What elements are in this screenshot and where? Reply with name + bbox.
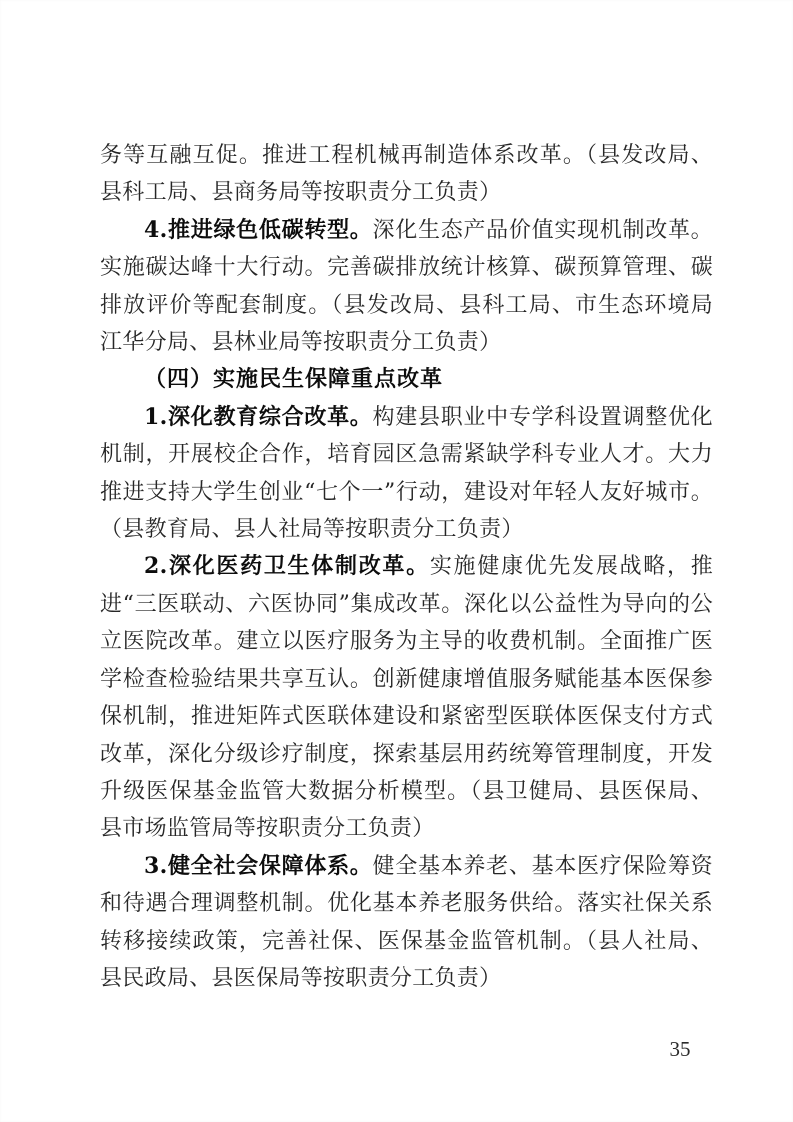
section-heading-text: （四）实施民生保障重点改革 — [144, 366, 443, 392]
paragraph-lead: 2.深化医药卫生体制改革。 — [144, 553, 430, 579]
paragraph-2-healthcare-reform: 2.深化医药卫生体制改革。实施健康优先发展战略，推进“三医联动、六医协同”集成改… — [100, 548, 713, 847]
paragraph-3-social-security: 3.健全社会保障体系。健全基本养老、基本医疗保险筹资和待遇合理调整机制。优化基本… — [100, 848, 713, 998]
paragraph-lead: 4.推进绿色低碳转型。 — [144, 217, 373, 243]
paragraph-1-education-reform: 1.深化教育综合改革。构建县职业中专学科设置调整优化机制，开展校企合作，培育园区… — [100, 399, 713, 549]
section-heading-4-livelihood-security: （四）实施民生保障重点改革 — [100, 361, 713, 398]
page-number: 35 — [662, 1037, 698, 1062]
paragraph-text: 务等互融互促。推进工程机械再制造体系改革。（县发改局、县科工局、县商务局等按职责… — [100, 143, 713, 205]
document-body: 务等互融互促。推进工程机械再制造体系改革。（县发改局、县科工局、县商务局等按职责… — [100, 137, 713, 997]
paragraph-continuation-industry-reform: 务等互融互促。推进工程机械再制造体系改革。（县发改局、县科工局、县商务局等按职责… — [100, 137, 713, 212]
document-page: 务等互融互促。推进工程机械再制造体系改革。（县发改局、县科工局、县商务局等按职责… — [0, 0, 793, 1122]
paragraph-lead: 1.深化教育综合改革。 — [144, 404, 373, 430]
paragraph-text: 实施健康优先发展战略，推进“三医联动、六医协同”集成改革。深化以公益性为导向的公… — [100, 554, 713, 841]
paragraph-lead: 3.健全社会保障体系。 — [144, 853, 373, 879]
paragraph-4-green-low-carbon: 4.推进绿色低碳转型。深化生态产品价值实现机制改革。实施碳达峰十大行动。完善碳排… — [100, 212, 713, 362]
